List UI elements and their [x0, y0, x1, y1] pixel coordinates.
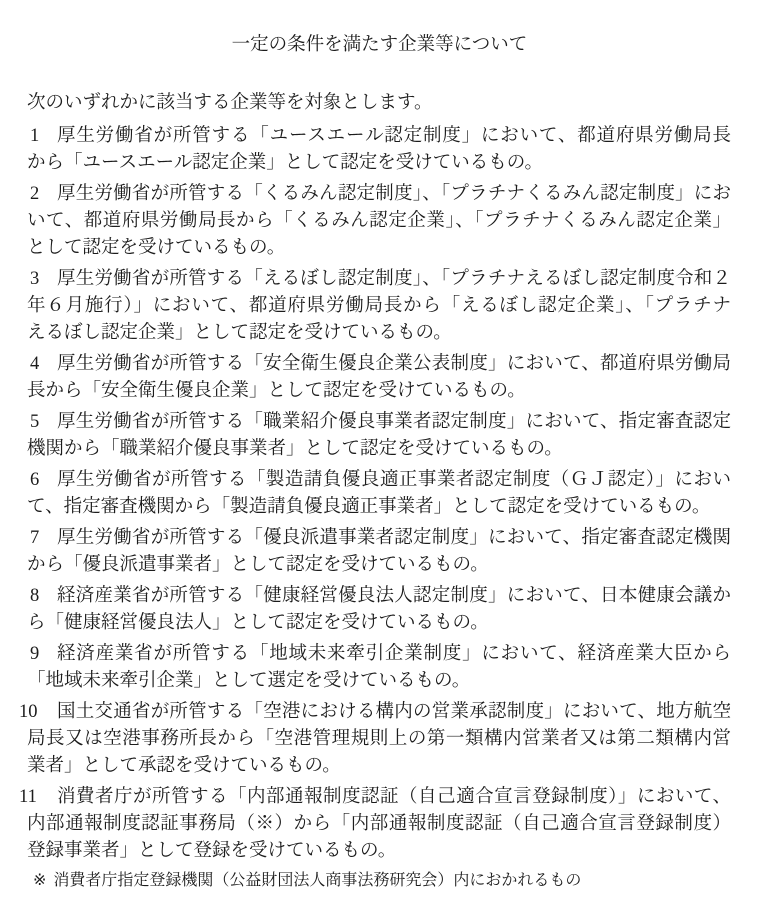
- item-line: として認定を受けているもの。: [27, 235, 731, 262]
- item-number: 5: [30, 409, 39, 436]
- item-line: 内部通報制度認証事務局（※）から「内部通報制度認証（自己適合宣言登録制度）: [27, 811, 731, 838]
- item-line: 1厚生労働省が所管する「ユースエール認定制度」において、都道府県労働局長: [27, 123, 731, 150]
- list-item: 7厚生労働省が所管する「優良派遣事業者認定制度」において、指定審査認定機関から「…: [27, 525, 731, 579]
- item-line: 登録事業者」として登録を受けているもの。: [27, 838, 731, 865]
- item-number: 7: [30, 525, 39, 552]
- item-number: 10: [19, 699, 38, 726]
- item-line: 7厚生労働省が所管する「優良派遣事業者認定制度」において、指定審査認定機関: [27, 525, 731, 552]
- item-text: 厚生労働省が所管する「安全衛生優良企業公表制度」において、都道府県労働局: [57, 354, 731, 374]
- intro-text: 次のいずれかに該当する企業等を対象とします。: [27, 90, 759, 117]
- footnote: ※消費者庁指定登録機関（公益財団法人商事法務研究会）内におかれるもの: [33, 869, 759, 893]
- item-text: 厚生労働省が所管する「ユースエール認定制度」において、都道府県労働局長: [57, 126, 731, 146]
- item-number: 1: [30, 123, 39, 150]
- item-line: ら「健康経営優良法人」として認定を受けているもの。: [27, 610, 731, 637]
- item-number: 11: [19, 784, 37, 811]
- list-item: 5厚生労働省が所管する「職業紹介優良事業者認定制度」において、指定審査認定機関か…: [27, 409, 731, 463]
- item-number: 8: [30, 583, 39, 610]
- item-line: えるぼし認定企業」として認定を受けているもの。: [27, 320, 731, 347]
- item-number: 6: [30, 467, 39, 494]
- list-item: 11消費者庁が所管する「内部通報制度認証（自己適合宣言登録制度）」において、内部…: [27, 784, 731, 865]
- item-line: 年６月施行）」において、都道府県労働局長から「えるぼし認定企業」、「プラチナ: [27, 293, 731, 320]
- item-text: 厚生労働省が所管する「職業紹介優良事業者認定制度」において、指定審査認定: [57, 412, 731, 432]
- item-text: 厚生労働省が所管する「くるみん認定制度」、「プラチナくるみん認定制度」にお: [57, 184, 731, 204]
- item-text: 経済産業省が所管する「健康経営優良法人認定制度」において、日本健康会議か: [57, 586, 731, 606]
- item-number: 3: [30, 266, 39, 293]
- list-item: 9経済産業省が所管する「地域未来牽引企業制度」において、経済産業大臣から「地域未…: [27, 641, 731, 695]
- document-page: 一定の条件を満たす企業等について 次のいずれかに該当する企業等を対象とします。 …: [0, 0, 759, 893]
- items-list: 1厚生労働省が所管する「ユースエール認定制度」において、都道府県労働局長から「ユ…: [27, 123, 731, 865]
- item-line: 5厚生労働省が所管する「職業紹介優良事業者認定制度」において、指定審査認定: [27, 409, 731, 436]
- item-line: て、指定審査機関から「製造請負優良適正事業者」として認定を受けているもの。: [27, 494, 731, 521]
- item-number: 4: [30, 351, 39, 378]
- item-line: 長から「安全衛生優良企業」として認定を受けているもの。: [27, 378, 731, 405]
- list-item: 1厚生労働省が所管する「ユースエール認定制度」において、都道府県労働局長から「ユ…: [27, 123, 731, 177]
- list-item: 4厚生労働省が所管する「安全衛生優良企業公表制度」において、都道府県労働局長から…: [27, 351, 731, 405]
- list-item: 6厚生労働省が所管する「製造請負優良適正事業者認定制度（ＧＪ認定）」において、指…: [27, 467, 731, 521]
- footnote-reference-mark: ※: [33, 872, 46, 889]
- item-text: 厚生労働省が所管する「えるぼし認定制度」、「プラチナえるぼし認定制度令和２: [57, 269, 731, 289]
- list-item: 2厚生労働省が所管する「くるみん認定制度」、「プラチナくるみん認定制度」において…: [27, 181, 731, 262]
- item-line: から「優良派遣事業者」として認定を受けているもの。: [27, 552, 731, 579]
- item-text: 厚生労働省が所管する「優良派遣事業者認定制度」において、指定審査認定機関: [57, 528, 731, 548]
- item-line: から「ユースエール認定企業」として認定を受けているもの。: [27, 150, 731, 177]
- item-line: 機関から「職業紹介優良事業者」として認定を受けているもの。: [27, 436, 731, 463]
- item-line: 3厚生労働省が所管する「えるぼし認定制度」、「プラチナえるぼし認定制度令和２: [27, 266, 731, 293]
- list-item: 3厚生労働省が所管する「えるぼし認定制度」、「プラチナえるぼし認定制度令和２年６…: [27, 266, 731, 347]
- list-item: 10国土交通省が所管する「空港における構内の営業承認制度」において、地方航空局長…: [27, 699, 731, 780]
- item-line: 2厚生労働省が所管する「くるみん認定制度」、「プラチナくるみん認定制度」にお: [27, 181, 731, 208]
- item-line: 4厚生労働省が所管する「安全衛生優良企業公表制度」において、都道府県労働局: [27, 351, 731, 378]
- item-line: 「地域未来牽引企業」として選定を受けているもの。: [27, 668, 731, 695]
- item-line: 11消費者庁が所管する「内部通報制度認証（自己適合宣言登録制度）」において、: [27, 784, 731, 811]
- item-text: 経済産業省が所管する「地域未来牽引企業制度」において、経済産業大臣から: [57, 644, 731, 664]
- item-line: 業者」として承認を受けているもの。: [27, 753, 731, 780]
- item-text: 国土交通省が所管する「空港における構内の営業承認制度」において、地方航空: [57, 702, 731, 722]
- item-line: 8経済産業省が所管する「健康経営優良法人認定制度」において、日本健康会議か: [27, 583, 731, 610]
- item-line: 9経済産業省が所管する「地域未来牽引企業制度」において、経済産業大臣から: [27, 641, 731, 668]
- item-number: 2: [30, 181, 39, 208]
- footnote-text: 消費者庁指定登録機関（公益財団法人商事法務研究会）内におかれるもの: [53, 872, 581, 889]
- item-line: 6厚生労働省が所管する「製造請負優良適正事業者認定制度（ＧＪ認定）」におい: [27, 467, 731, 494]
- item-text: 消費者庁が所管する「内部通報制度認証（自己適合宣言登録制度）」において、: [57, 787, 731, 807]
- item-line: いて、都道府県労働局長から「くるみん認定企業」、「プラチナくるみん認定企業」: [27, 208, 731, 235]
- item-text: 厚生労働省が所管する「製造請負優良適正事業者認定制度（ＧＪ認定）」におい: [57, 470, 731, 490]
- list-item: 8経済産業省が所管する「健康経営優良法人認定制度」において、日本健康会議から「健…: [27, 583, 731, 637]
- item-line: 10国土交通省が所管する「空港における構内の営業承認制度」において、地方航空: [27, 699, 731, 726]
- item-number: 9: [30, 641, 39, 668]
- page-title: 一定の条件を満たす企業等について: [0, 32, 759, 59]
- item-line: 局長又は空港事務所長から「空港管理規則上の第一類構内営業者又は第二類構内営: [27, 726, 731, 753]
